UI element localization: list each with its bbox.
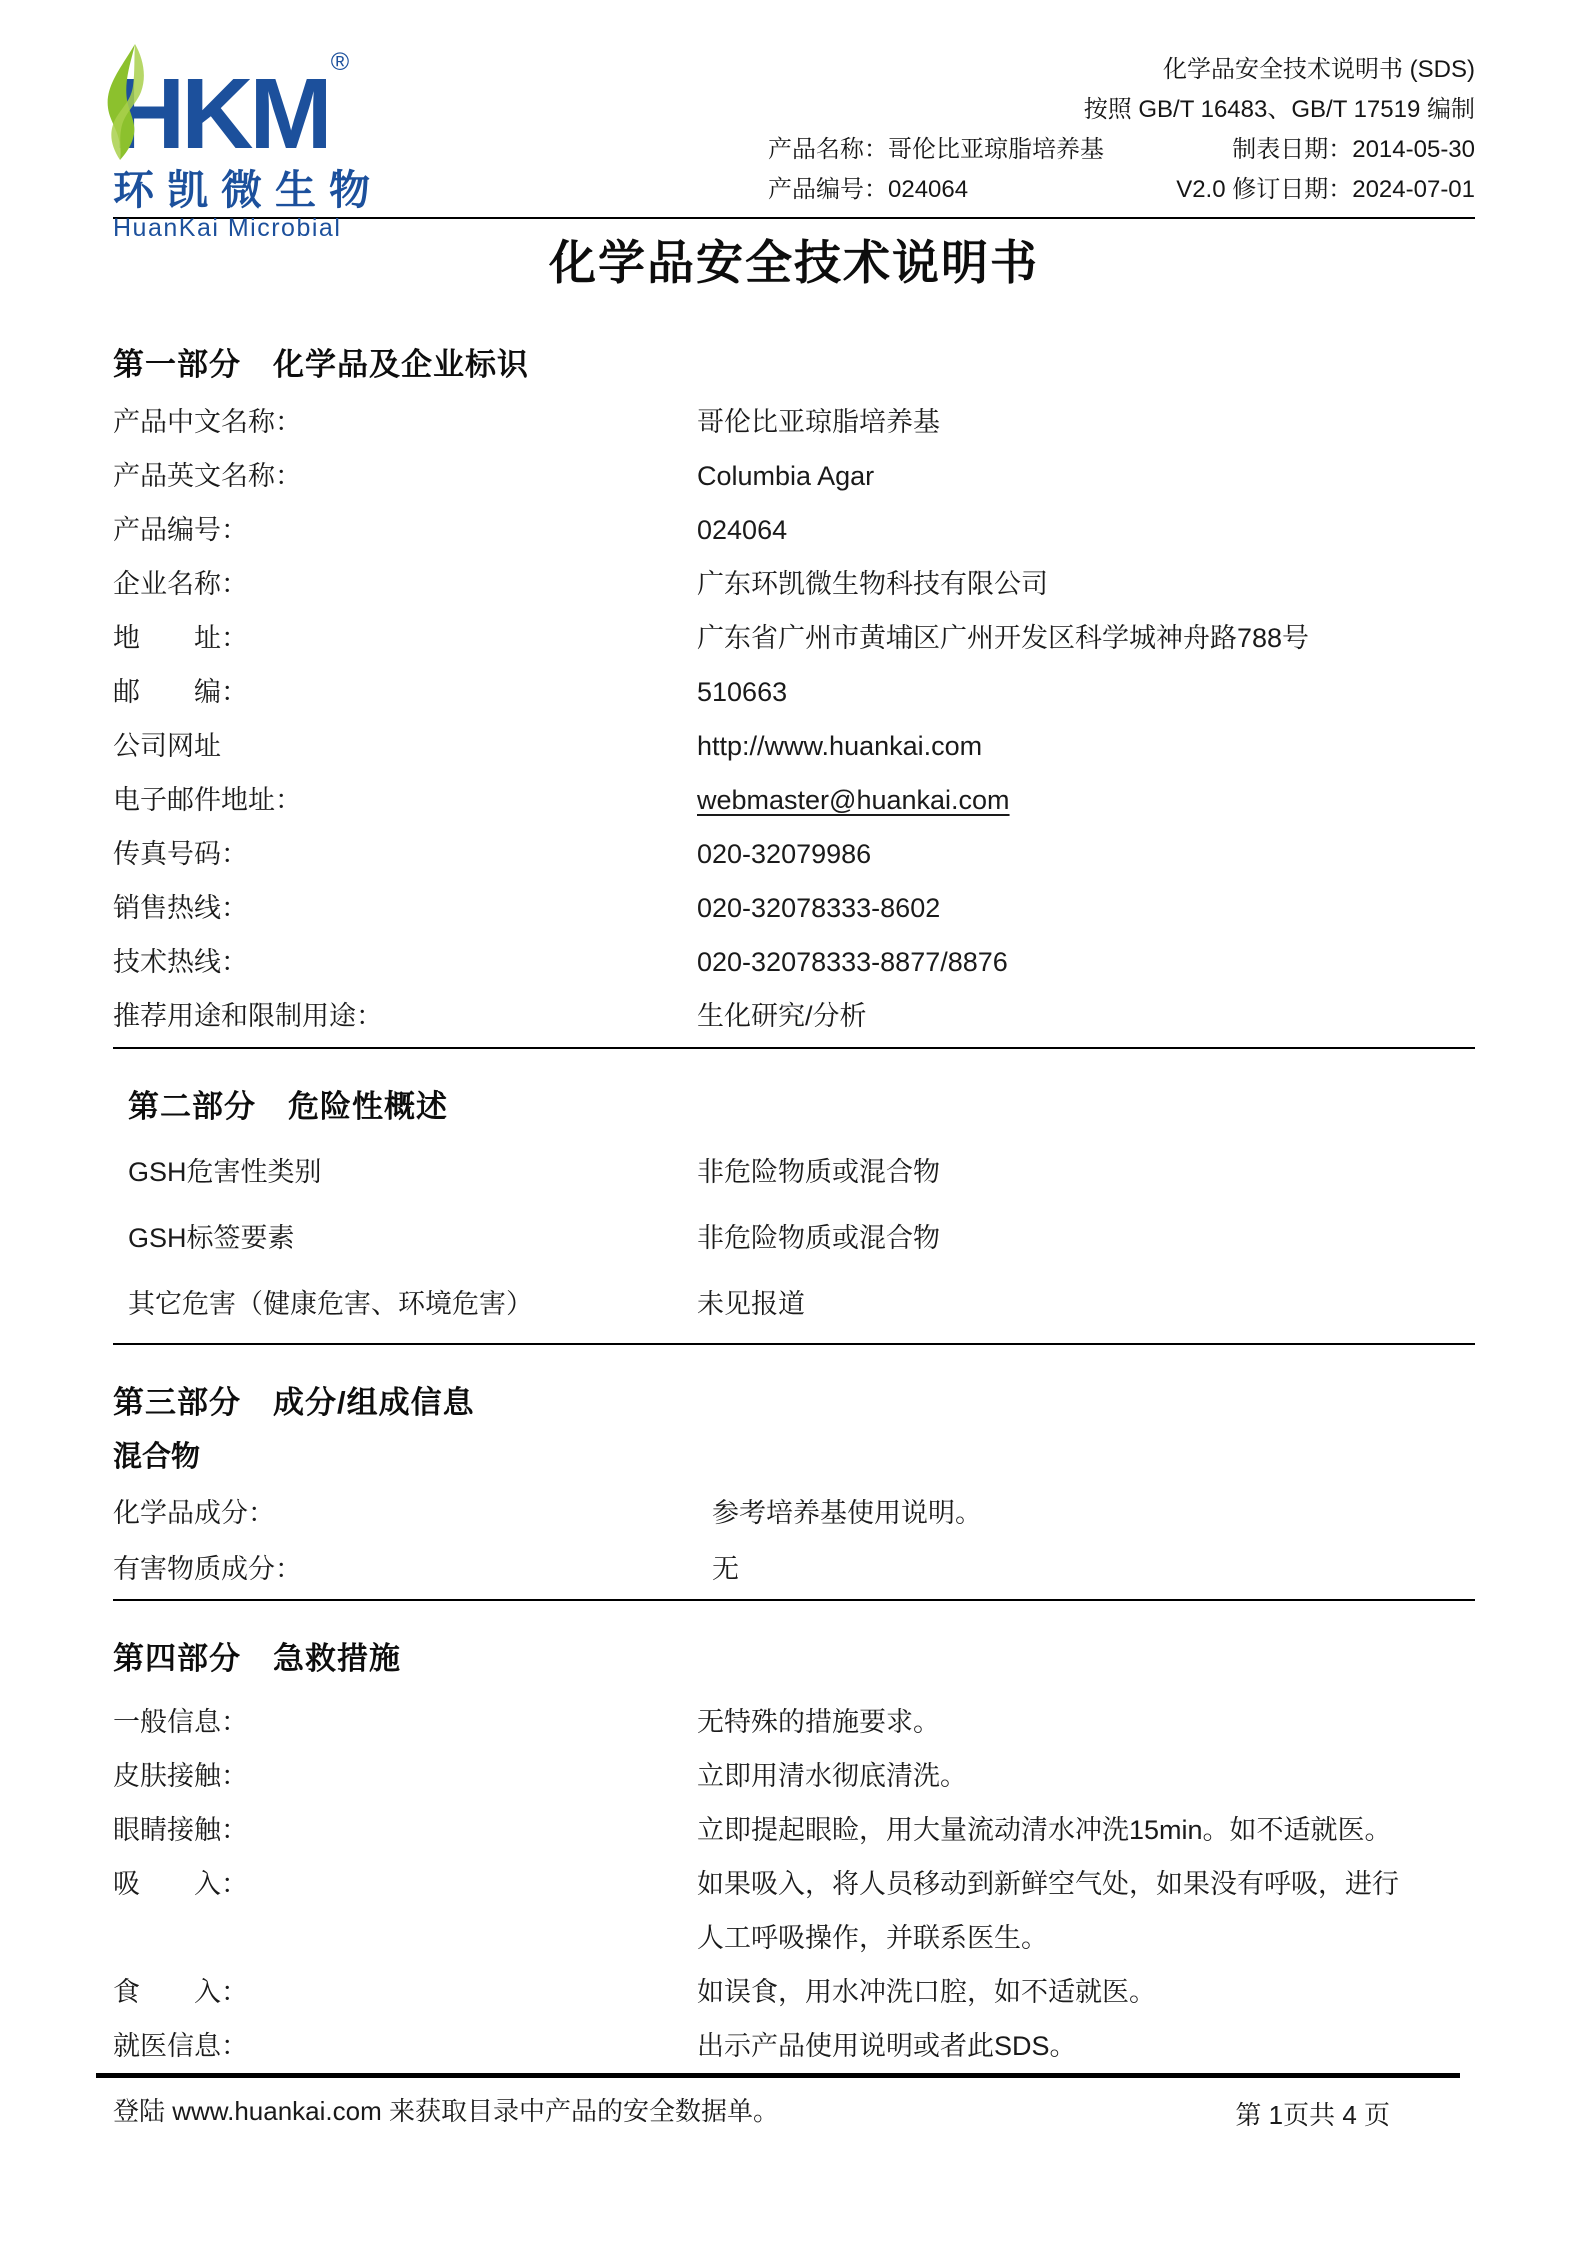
field-label: 化学品成分： — [113, 1485, 712, 1541]
logo-company-name-cn: 环凯微生物 — [113, 170, 443, 211]
row-fax: 传真号码： 020-32079986 — [113, 827, 1475, 881]
field-label: 眼睛接触： — [113, 1803, 697, 1857]
field-value: 020-32079986 — [697, 827, 1475, 881]
field-label: 产品英文名称： — [113, 449, 697, 503]
field-value: 立即用清水彻底清洗。 — [697, 1749, 1422, 1803]
section-hazards-overview: 第二部分 危险性概述 GSH危害性类别 非危险物质或混合物 GSH标签要素 非危… — [113, 1085, 1475, 1331]
row-ingestion: 食 入： 如误食，用水冲洗口腔，如不适就医。 — [113, 1965, 1475, 2019]
row-product-code: 产品编号： 024064 — [113, 503, 1475, 557]
header-revision-date: V2.0 修订日期：2024-07-01 — [1176, 170, 1475, 210]
row-hazardous-components: 有害物质成分： 无 — [113, 1541, 1475, 1597]
field-value: 立即提起眼睑，用大量流动清水冲洗15min。如不适就医。 — [697, 1803, 1422, 1857]
field-label: 产品中文名称： — [113, 395, 697, 449]
field-value: 生化研究/分析 — [697, 989, 1475, 1043]
field-label: 吸 入： — [113, 1857, 697, 1965]
row-postcode: 邮 编： 510663 — [113, 665, 1475, 719]
row-ghs-hazard-class: GSH危害性类别 非危险物质或混合物 — [128, 1145, 1475, 1199]
row-other-hazards: 其它危害（健康危害、环境危害） 未见报道 — [128, 1277, 1475, 1331]
product-name-label: 产品名称： — [768, 136, 888, 163]
field-label: 皮肤接触： — [113, 1749, 697, 1803]
row-ghs-label-elements: GSH标签要素 非危险物质或混合物 — [128, 1211, 1475, 1265]
field-value: 出示产品使用说明或者此SDS。 — [697, 2019, 1422, 2073]
row-chemical-composition: 化学品成分： 参考培养基使用说明。 — [113, 1485, 1475, 1541]
field-value: 如误食，用水冲洗口腔，如不适就医。 — [697, 1965, 1422, 2019]
page-footer: 登陆 www.huankai.com 来获取目录中产品的安全数据单。 第 1页共… — [113, 2094, 1475, 2128]
header-created-date: 制表日期：2014-05-30 — [1232, 130, 1475, 170]
field-label: 有害物质成分： — [113, 1541, 712, 1597]
field-value: 无特殊的措施要求。 — [697, 1695, 1422, 1749]
header-info-block: 化学品安全技术说明书 (SDS) 按照 GB/T 16483、GB/T 1751… — [768, 50, 1475, 210]
field-label: 地 址： — [113, 611, 697, 665]
revision-date-label: V2.0 修订日期： — [1176, 176, 1352, 203]
footer-divider — [96, 2073, 1460, 2078]
row-company-name: 企业名称： 广东环凯微生物科技有限公司 — [113, 557, 1475, 611]
product-code-label: 产品编号： — [768, 176, 888, 203]
row-medical-info: 就医信息： 出示产品使用说明或者此SDS。 — [113, 2019, 1475, 2073]
row-product-en-name: 产品英文名称： Columbia Agar — [113, 449, 1475, 503]
page-title: 化学品安全技术说明书 — [113, 233, 1475, 293]
field-value: 非危险物质或混合物 — [697, 1145, 1475, 1199]
logo-acronym: HKM — [113, 66, 329, 162]
page-indicator: 第 1页共 4 页 — [1235, 2098, 1390, 2132]
row-general-info: 一般信息： 无特殊的措施要求。 — [113, 1695, 1475, 1749]
field-value: 参考培养基使用说明。 — [712, 1485, 1475, 1541]
row-website: 公司网址 http://www.huankai.com — [113, 719, 1475, 773]
row-skin-contact: 皮肤接触： 立即用清水彻底清洗。 — [113, 1749, 1475, 1803]
row-email: 电子邮件地址： webmaster@huankai.com — [113, 773, 1475, 827]
header-product-code-row: 产品编号：024064 V2.0 修订日期：2024-07-01 — [768, 170, 1475, 210]
section-1-heading: 第一部分 化学品及企业标识 — [113, 343, 1475, 387]
sds-document-page: HKM® 环凯微生物 HuanKai Microbial 化学品安全技术说明书 … — [0, 0, 1587, 2245]
field-label: 就医信息： — [113, 2019, 697, 2073]
field-label: GSH危害性类别 — [128, 1145, 697, 1199]
website-url: http://www.huankai.com — [697, 719, 1475, 773]
field-value: 广东省广州市黄埔区广州开发区科学城神舟路788号 — [697, 611, 1475, 665]
header-product-name-row: 产品名称：哥伦比亚琼脂培养基 制表日期：2014-05-30 — [768, 130, 1475, 170]
doc-type-line: 化学品安全技术说明书 (SDS) — [768, 50, 1475, 90]
created-date-value: 2014-05-30 — [1352, 136, 1475, 163]
section-2-heading: 第二部分 危险性概述 — [128, 1085, 1475, 1129]
logo-company-name-en: HuanKai Microbial — [113, 216, 443, 241]
created-date-label: 制表日期： — [1232, 136, 1352, 163]
section-divider — [113, 1343, 1475, 1345]
header-product-name: 产品名称：哥伦比亚琼脂培养基 — [768, 130, 1104, 170]
field-label: 食 入： — [113, 1965, 697, 2019]
field-label: 销售热线： — [113, 881, 697, 935]
row-sales-hotline: 销售热线： 020-32078333-8602 — [113, 881, 1475, 935]
field-value: 哥伦比亚琼脂培养基 — [697, 395, 1475, 449]
field-label: 技术热线： — [113, 935, 697, 989]
field-value: 非危险物质或混合物 — [697, 1211, 1475, 1265]
revision-date-value: 2024-07-01 — [1352, 176, 1475, 203]
registered-trademark-icon: ® — [331, 48, 349, 76]
product-code-value: 024064 — [888, 176, 968, 203]
field-value: 510663 — [697, 665, 1475, 719]
field-label: 企业名称： — [113, 557, 697, 611]
section-4-heading: 第四部分 急救措施 — [113, 1637, 1475, 1681]
section-composition: 第三部分 成分/组成信息 混合物 化学品成分： 参考培养基使用说明。 有害物质成… — [113, 1381, 1475, 1597]
mixture-subheading: 混合物 — [113, 1437, 1475, 1477]
field-label: 一般信息： — [113, 1695, 697, 1749]
row-recommended-use: 推荐用途和限制用途： 生化研究/分析 — [113, 989, 1475, 1043]
field-label: GSH标签要素 — [128, 1211, 697, 1265]
row-tech-hotline: 技术热线： 020-32078333-8877/8876 — [113, 935, 1475, 989]
field-label: 其它危害（健康危害、环境危害） — [128, 1277, 697, 1331]
field-value: 024064 — [697, 503, 1475, 557]
company-logo: HKM® 环凯微生物 HuanKai Microbial — [113, 50, 443, 241]
field-value: 020-32078333-8877/8876 — [697, 935, 1475, 989]
field-value: Columbia Agar — [697, 449, 1475, 503]
product-name-value: 哥伦比亚琼脂培养基 — [888, 136, 1104, 163]
section-divider — [113, 1047, 1475, 1049]
field-label: 公司网址 — [113, 719, 697, 773]
field-value: 广东环凯微生物科技有限公司 — [697, 557, 1475, 611]
section-1-rows: 产品中文名称： 哥伦比亚琼脂培养基 产品英文名称： Columbia Agar … — [113, 395, 1475, 1043]
field-label: 产品编号： — [113, 503, 697, 557]
field-value: 如果吸入，将人员移动到新鲜空气处，如果没有呼吸，进行人工呼吸操作，并联系医生。 — [697, 1857, 1422, 1965]
row-address: 地 址： 广东省广州市黄埔区广州开发区科学城神舟路788号 — [113, 611, 1475, 665]
section-divider — [113, 1599, 1475, 1601]
field-label: 电子邮件地址： — [113, 773, 697, 827]
field-value: 未见报道 — [697, 1277, 1475, 1331]
field-value: 无 — [712, 1541, 1475, 1597]
section-first-aid: 第四部分 急救措施 一般信息： 无特殊的措施要求。 皮肤接触： 立即用清水彻底清… — [113, 1637, 1475, 2073]
field-label: 推荐用途和限制用途： — [113, 989, 697, 1043]
email-link[interactable]: webmaster@huankai.com — [697, 785, 1010, 815]
row-inhalation: 吸 入： 如果吸入，将人员移动到新鲜空气处，如果没有呼吸，进行人工呼吸操作，并联… — [113, 1857, 1475, 1965]
header-product-code: 产品编号：024064 — [768, 170, 968, 210]
section-3-heading: 第三部分 成分/组成信息 — [113, 1381, 1475, 1425]
section-2-rows: GSH危害性类别 非危险物质或混合物 GSH标签要素 非危险物质或混合物 其它危… — [128, 1145, 1475, 1331]
section-4-rows: 一般信息： 无特殊的措施要求。 皮肤接触： 立即用清水彻底清洗。 眼睛接触： 立… — [113, 1695, 1475, 2073]
section-identification: 第一部分 化学品及企业标识 产品中文名称： 哥伦比亚琼脂培养基 产品英文名称： … — [113, 343, 1475, 1043]
field-label: 邮 编： — [113, 665, 697, 719]
standard-reference-line: 按照 GB/T 16483、GB/T 17519 编制 — [768, 90, 1475, 130]
field-label: 传真号码： — [113, 827, 697, 881]
logo-wordmark: HKM® — [113, 50, 349, 162]
document-header: HKM® 环凯微生物 HuanKai Microbial 化学品安全技术说明书 … — [113, 0, 1475, 219]
section-3-rows: 化学品成分： 参考培养基使用说明。 有害物质成分： 无 — [113, 1485, 1475, 1597]
row-product-cn-name: 产品中文名称： 哥伦比亚琼脂培养基 — [113, 395, 1475, 449]
row-eye-contact: 眼睛接触： 立即提起眼睑，用大量流动清水冲洗15min。如不适就医。 — [113, 1803, 1475, 1857]
field-value: 020-32078333-8602 — [697, 881, 1475, 935]
